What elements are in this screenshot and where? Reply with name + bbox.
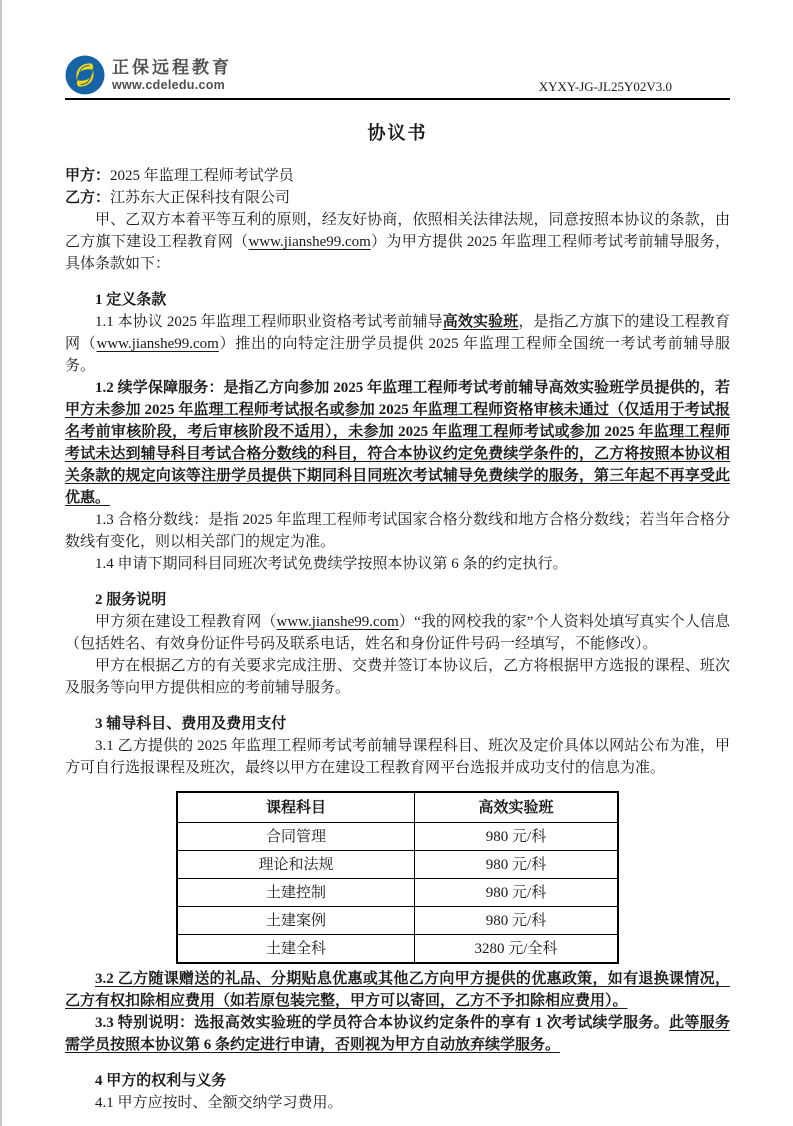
jianshe99-link[interactable]: www.jianshe99.com [276,614,398,630]
table-cell: 理论和法规 [177,851,415,879]
text-segment: 甲方须在建设工程教育网（ [95,614,276,630]
table-row: 土建全科 3280 元/全科 [177,935,618,964]
table-cell: 3280 元/全科 [415,935,619,964]
table-cell: 土建控制 [177,879,415,907]
brand-website: www.cdeledu.com [112,78,232,93]
table-row: 理论和法规 980 元/科 [177,851,618,879]
clause-1-3: 1.3 合格分数线：是指 2025 年监理工程师考试国家合格分数线和地方合格分数… [65,509,730,553]
brand-text-block: 正保远程教育 www.cdeledu.com [112,58,232,93]
parties-block: 甲方：2025 年监理工程师考试学员 乙方：江苏东大正保科技有限公司 [65,165,730,209]
header-divider [65,98,730,100]
party-b-line: 乙方：江苏东大正保科技有限公司 [65,187,730,209]
text-segment: 1.1 本协议 2025 年监理工程师职业资格考试考前辅导 [95,314,443,330]
intro-paragraph: 甲、乙双方本着平等互利的原则，经友好协商，依照相关法律法规，同意按照本协议的条款… [65,209,730,275]
section-heading-1: 1 定义条款 [65,289,730,311]
table-cell: 土建全科 [177,935,415,964]
document-title: 协议书 [2,121,793,145]
table-cell: 980 元/科 [415,879,619,907]
company-logo: 正保远程教育 www.cdeledu.com [65,55,232,95]
page-header: 正保远程教育 www.cdeledu.com XYXY-JG-JL25Y02V3… [65,55,730,95]
table-header-cell: 课程科目 [177,792,415,823]
table-row: 土建控制 980 元/科 [177,879,618,907]
party-b-label: 乙方： [65,190,110,206]
party-a-line: 甲方：2025 年监理工程师考试学员 [65,165,730,187]
table-header-cell: 高效实验班 [415,792,619,823]
section-heading-2: 2 服务说明 [65,589,730,611]
jianshe99-link[interactable]: www.jianshe99.com [96,336,218,352]
party-a-value: 2025 年监理工程师考试学员 [110,168,294,184]
table-row: 合同管理 980 元/科 [177,823,618,851]
table-cell: 980 元/科 [415,823,619,851]
text-segment: 1.2 续学保障服务：是指乙方向参加 2025 年监理工程师考试考前辅导高效实验… [95,380,730,396]
section-heading-3: 3 辅导科目、费用及费用支付 [65,713,730,735]
cdel-logo-icon [65,55,105,95]
table-cell: 合同管理 [177,823,415,851]
clause-4-1: 4.1 甲方应按时、全额交纳学习费用。 [65,1092,730,1114]
clause-2-2: 甲方在根据乙方的有关要求完成注册、交费并签订本协议后，乙方将根据甲方选报的课程、… [65,655,730,699]
clause-1-4: 1.4 申请下期同科目同班次考试免费续学按照本协议第 6 条的约定执行。 [65,553,730,575]
clause-2-1: 甲方须在建设工程教育网（www.jianshe99.com）“我的网校我的家”个… [65,611,730,655]
section-heading-4: 4 甲方的权利与义务 [65,1070,730,1092]
highlighted-term: 高效实验班 [443,314,519,330]
table-cell: 土建案例 [177,907,415,935]
jianshe99-link[interactable]: www.jianshe99.com [248,234,370,250]
party-b-value: 江苏东大正保科技有限公司 [110,190,290,206]
document-code: XYXY-JG-JL25Y02V3.0 [539,79,730,95]
fee-table-header-row: 课程科目 高效实验班 [177,792,618,823]
page-number: 1 [2,1031,793,1047]
clause-3-1: 3.1 乙方提供的 2025 年监理工程师考试考前辅导课程科目、班次及定价具体以… [65,735,730,779]
brand-name: 正保远程教育 [112,58,232,78]
fee-table: 课程科目 高效实验班 合同管理 980 元/科 理论和法规 980 元/科 土建… [176,791,619,964]
table-cell: 980 元/科 [415,851,619,879]
clause-3-2: 3.2 乙方随课赠送的礼品、分期贴息优惠或其他乙方向甲方提供的优惠政策，如有退换… [65,968,730,1012]
table-cell: 980 元/科 [415,907,619,935]
clause-1-1: 1.1 本协议 2025 年监理工程师职业资格考试考前辅导高效实验班，是指乙方旗… [65,311,730,377]
text-segment-underlined: 甲方未参加 2025 年监理工程师考试报名或参加 2025 年监理工程师资格审核… [65,402,730,506]
table-row: 土建案例 980 元/科 [177,907,618,935]
party-a-label: 甲方： [65,168,110,184]
document-body: 甲方：2025 年监理工程师考试学员 乙方：江苏东大正保科技有限公司 甲、乙双方… [65,165,730,1114]
clause-1-2: 1.2 续学保障服务：是指乙方向参加 2025 年监理工程师考试考前辅导高效实验… [65,377,730,509]
agreement-page: 正保远程教育 www.cdeledu.com XYXY-JG-JL25Y02V3… [2,0,793,1126]
text-segment: 3.3 特别说明：选报高效实验班的学员符合本协议约定条件的享有 1 次考试续学服… [95,1015,669,1031]
